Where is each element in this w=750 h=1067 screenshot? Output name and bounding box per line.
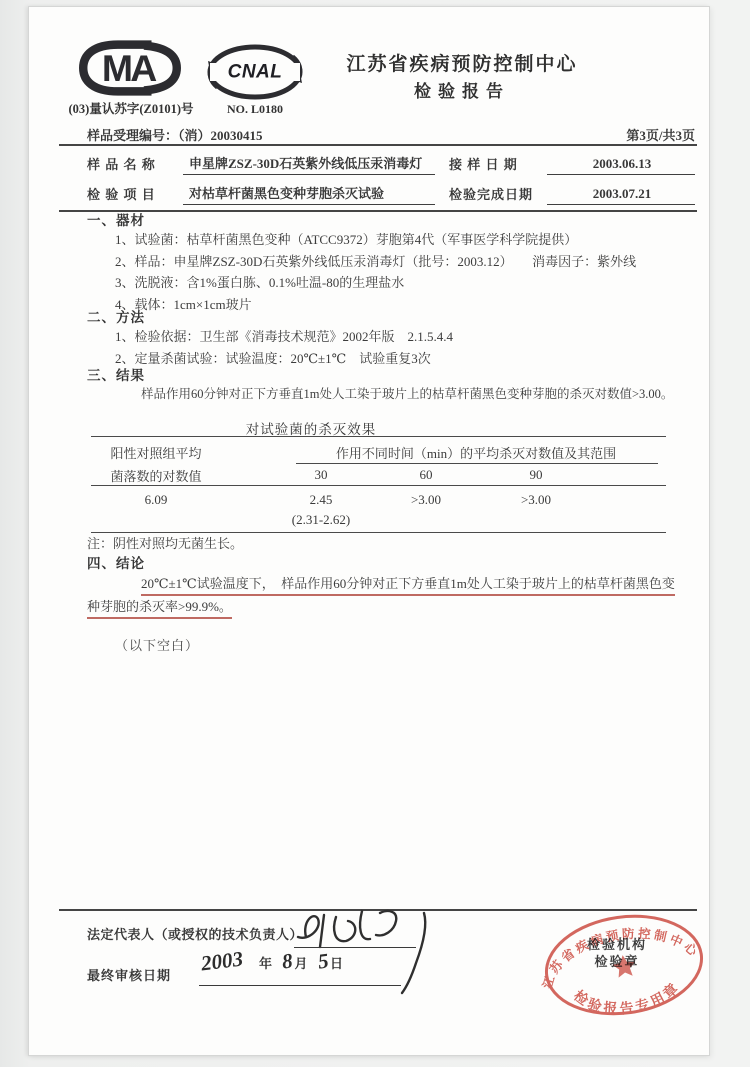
conclusion-line1-text: 20℃±1℃试验温度下， 样品作用60分钟对正下方垂直1m处人工染于玻片上的枯草… bbox=[141, 576, 675, 596]
table-note: 注：阴性对照均无菌生长。 bbox=[87, 533, 243, 552]
col-header-90: 90 bbox=[476, 467, 596, 483]
cma-letters: MA bbox=[102, 47, 157, 89]
cnal-number: NO. L0180 bbox=[215, 102, 295, 117]
stamp-bottom-text: 检验报告专用章 bbox=[569, 973, 687, 1025]
section-method-title: 二、方法 bbox=[87, 306, 145, 326]
equipment-item: 1、试验菌：枯草杆菌黑色变种（ATCC9372）芽胞第4代（军事医学科学院提供） bbox=[115, 229, 689, 251]
col-header-30: 30 bbox=[261, 467, 381, 483]
handwritten-year: 2003 bbox=[200, 947, 245, 977]
receive-date-value: 2003.06.13 bbox=[547, 156, 695, 175]
cma-cert-number: (03)量认苏字(Z0101)号 bbox=[53, 99, 209, 117]
sample-name-label: 样 品 名 称 bbox=[87, 154, 183, 175]
kill-value-30: 2.45 bbox=[261, 492, 381, 508]
table-title: 对试验菌的杀灭效果 bbox=[91, 418, 531, 438]
svg-text:检验报告专用章: 检验报告专用章 bbox=[569, 973, 687, 1025]
sample-name-row: 样 品 名 称 申星牌ZSZ-30D石英紫外线低压汞消毒灯 接 样 日 期 20… bbox=[87, 153, 695, 175]
section-result-title: 三、结果 bbox=[87, 364, 145, 384]
method-item: 1、检验依据：卫生部《消毒技术规范》2002年版 2.1.5.4.4 bbox=[115, 326, 689, 348]
equipment-item: 2、样品：申星牌ZSZ-30D石英紫外线低压汞消毒灯（批号：2003.12） 消… bbox=[115, 251, 689, 273]
acceptance-label: 样品受理编号： bbox=[87, 128, 178, 143]
col-header-60: 60 bbox=[366, 467, 486, 483]
test-item-value: 对枯草杆菌黑色变种芽胞杀灭试验 bbox=[183, 183, 435, 205]
complete-date-value: 2003.07.21 bbox=[547, 186, 695, 205]
acceptance-number: 样品受理编号：（消）20030415 bbox=[87, 125, 263, 144]
kill-value-60: >3.00 bbox=[366, 492, 486, 508]
test-item-row: 检 验 项 目 对枯草杆菌黑色变种芽胞杀灭试验 检验完成日期 2003.07.2… bbox=[87, 183, 695, 205]
kill-value-90: >3.00 bbox=[476, 492, 596, 508]
complete-date-label: 检验完成日期 bbox=[449, 184, 547, 205]
handwritten-day: 5 bbox=[316, 948, 329, 974]
org-title: 江苏省疾病预防控制中心 bbox=[297, 49, 627, 76]
review-date-value: 2003 年 8 月 5 日 bbox=[201, 949, 421, 974]
blank-below-note: （以下空白） bbox=[115, 635, 199, 654]
screenshot-root: MA (03)量认苏字(Z0101)号 CNAL NO. L0180 江苏省疾病… bbox=[0, 0, 750, 1067]
day-unit: 日 bbox=[330, 953, 343, 972]
inspection-stamp: 江苏省疾病预防控制中心 检验报告专用章 bbox=[531, 905, 717, 1027]
stamp-star bbox=[611, 953, 637, 978]
method-items: 1、检验依据：卫生部《消毒技术规范》2002年版 2.1.5.4.4 2、定量杀… bbox=[115, 326, 689, 369]
table-line-mid bbox=[91, 485, 666, 486]
table-line-top bbox=[91, 436, 666, 437]
acceptance-value: （消）20030415 bbox=[178, 128, 263, 143]
section-conclusion-title: 四、结论 bbox=[87, 552, 145, 572]
receive-date-label: 接 样 日 期 bbox=[449, 154, 547, 175]
group-header: 作用不同时间（min）的平均杀灭对数值及其范围 bbox=[276, 443, 676, 462]
method-item: 2、定量杀菌试验：试验温度：20℃±1℃ 试验重复3次 bbox=[115, 348, 689, 370]
divider-top bbox=[59, 144, 697, 146]
kill-effect-table: 阳性对照组平均 作用不同时间（min）的平均杀灭对数值及其范围 菌落数的对数值 … bbox=[91, 436, 666, 534]
divider-fields bbox=[59, 210, 697, 212]
handwritten-month: 8 bbox=[281, 948, 294, 974]
conclusion-line1: 20℃±1℃试验温度下， 样品作用60分钟对正下方垂直1m处人工染于玻片上的枯草… bbox=[87, 573, 695, 592]
sample-name-value: 申星牌ZSZ-30D石英紫外线低压汞消毒灯 bbox=[183, 153, 435, 175]
test-item-label: 检 验 项 目 bbox=[87, 184, 183, 205]
date-line bbox=[199, 985, 401, 986]
conclusion-line2-text: 种芽胞的杀灭率>99.9%。 bbox=[87, 599, 232, 619]
group-underline bbox=[296, 463, 658, 464]
page-indicator: 第3页/共3页 bbox=[626, 125, 695, 144]
conclusion-line2: 种芽胞的杀灭率>99.9%。 bbox=[87, 596, 695, 615]
cnal-logo: CNAL bbox=[205, 43, 305, 101]
cnal-letters: CNAL bbox=[228, 62, 283, 83]
review-date-label: 最终审核日期 bbox=[87, 965, 171, 984]
signature-line bbox=[294, 947, 416, 948]
equipment-items: 1、试验菌：枯草杆菌黑色变种（ATCC9372）芽胞第4代（军事医学科学院提供）… bbox=[115, 229, 689, 315]
equipment-item: 3、洗脱液：含1%蛋白胨、0.1%吐温-80的生理盐水 bbox=[115, 272, 689, 294]
control-header-line1: 阳性对照组平均 bbox=[91, 443, 221, 462]
cma-logo: MA bbox=[75, 39, 185, 97]
month-unit: 月 bbox=[295, 953, 308, 972]
report-page: MA (03)量认苏字(Z0101)号 CNAL NO. L0180 江苏省疾病… bbox=[28, 6, 710, 1056]
year-unit: 年 bbox=[259, 953, 272, 972]
result-paragraph: 样品作用60分钟对正下方垂直1m处人工染于玻片上的枯草杆菌黑色变种芽胞的杀灭对数… bbox=[87, 384, 695, 402]
acceptance-row: 样品受理编号：（消）20030415 第3页/共3页 bbox=[87, 125, 695, 144]
range-value-30: (2.31-2.62) bbox=[261, 512, 381, 528]
control-value: 6.09 bbox=[91, 492, 221, 508]
equipment-item: 4、载体：1cm×1cm玻片 bbox=[115, 294, 689, 316]
section-equipment-title: 一、器材 bbox=[87, 209, 145, 229]
control-header-line2: 菌落数的对数值 bbox=[91, 466, 221, 485]
report-title: 检验报告 bbox=[297, 77, 627, 102]
legal-representative-label: 法定代表人（或授权的技术负责人） bbox=[87, 924, 303, 943]
